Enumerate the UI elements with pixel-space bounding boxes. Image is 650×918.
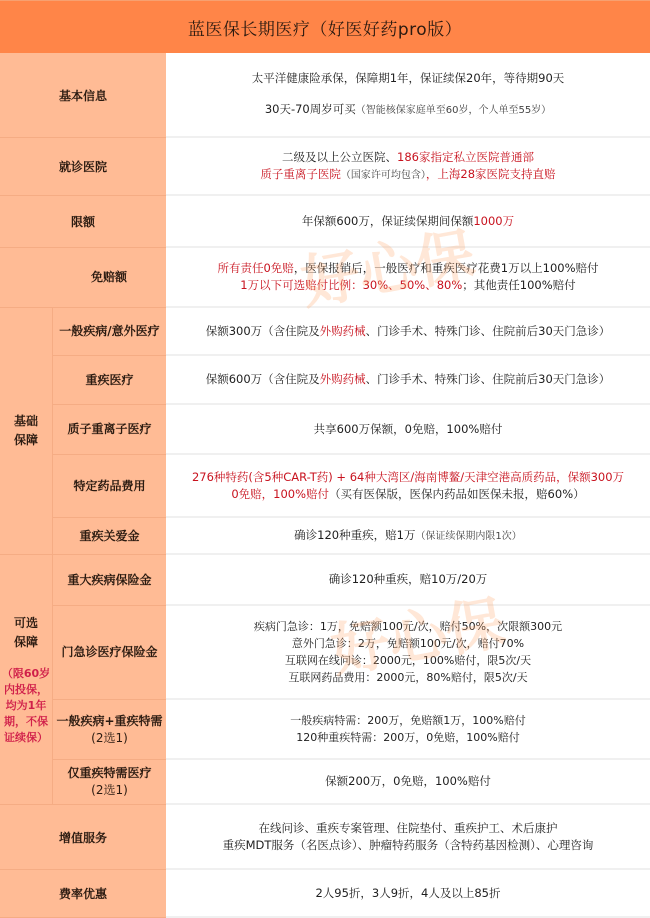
total-limit: 1000万 (473, 214, 514, 228)
content-deductible: 所有责任0免赔，医保报销后，一般医疗和重疾医疗花费1万以上100%赔付 1万以下… (166, 248, 650, 308)
proton-hospitals: 质子重离子医院 (260, 167, 341, 181)
deductible-detail: ，医保报销后，一般医疗和重疾医疗花费1万以上100%赔付 (294, 261, 599, 275)
content-value-added: 在线问诊、重疾专案管理、住院垫付、重疾护工、术后康护 重疾MDT服务（名医点诊）… (166, 805, 650, 870)
content-discount: 2人95折，3人9折，4人及以上85折 (166, 870, 650, 918)
age-range: 30天-70周岁可买 (265, 102, 356, 116)
public-hospitals: 二级及以上公立医院、 (282, 150, 397, 164)
label-basic-info: 基本信息 (0, 53, 166, 138)
content-care-fund: 确诊120种重疾，赔1万（保证续保期内限1次） (166, 518, 650, 555)
label-discount: 费率优惠 (0, 870, 166, 918)
group-optional: 可选 保障 （限60岁 内投保， 均为1年 期，不保 证续保） (0, 555, 52, 805)
label-deductible: 免赔额 (52, 248, 166, 308)
optional-note: （限60岁 内投保， 均为1年 期，不保 证续保） (2, 666, 50, 746)
content-critical-benefit: 确诊120种重疾，赔10万/20万 (166, 555, 650, 606)
content-special-care: 一般疾病特需：200万，免赔额1万，100%赔付 120种重疾特需：200万，0… (166, 700, 650, 760)
label-special-care: 一般疾病+重疾特需 (2选1) (52, 700, 166, 760)
page-header: 蓝医保长期医疗（好医好药pro版） (0, 0, 650, 53)
license-note: （国家许可均包含） (341, 170, 426, 181)
content-proton: 共享600万保额，0免赔，100%赔付 (166, 405, 650, 455)
label-hospitals: 就诊医院 (0, 138, 166, 196)
content-limit: 年保额600万，保证续保期间保额1000万 (166, 196, 650, 248)
label-special-drugs: 特定药品费用 (52, 455, 166, 518)
content-basic-info: 太平洋健康险承保，保障期1年，保证续保20年，等待期90天 30天-70周岁可买… (166, 53, 650, 138)
special-drug-list: 276种特药(含5种CAR-T药) + 64种大湾区/海南博鳌/天津空港高质药品… (192, 469, 624, 486)
basic-info-line1: 太平洋健康险承保，保障期1年，保证续保20年，等待期90天 (252, 70, 565, 87)
label-limit: 限额 (0, 196, 166, 248)
other-payout: ；其他责任100%赔付 (462, 278, 575, 292)
content-hospitals: 二级及以上公立医院、186家指定私立医院普通部 质子重离子医院（国家许可均包含）… (166, 138, 650, 196)
external-drugs: 外购药械 (320, 324, 366, 338)
label-general-medical: 一般疾病/意外医疗 (52, 308, 166, 356)
page-title: 蓝医保长期医疗（好医好药pro版） (188, 15, 462, 40)
payout-ratio-options: 1万以下可选赔付比例：30%、50%、80% (240, 278, 462, 292)
label-critical-special-only: 仅重疾特需医疗 (2选1) (52, 760, 166, 805)
deductible-spacer (0, 248, 52, 308)
label-critical-medical: 重疾医疗 (52, 356, 166, 405)
label-value-added: 增值服务 (0, 805, 166, 870)
label-care-fund: 重疾关爱金 (52, 518, 166, 555)
label-outpatient: 门急诊医疗保险金 (52, 606, 166, 700)
label-critical-benefit: 重大疾病保险金 (52, 555, 166, 606)
private-hospitals: 186家指定私立医院普通部 (397, 150, 534, 164)
content-critical-special-only: 保额200万，0免赔，100%赔付 (166, 760, 650, 805)
zero-deductible: 所有责任0免赔 (217, 261, 293, 275)
group-basic: 基础 保障 (0, 308, 52, 555)
content-general-medical: 保额300万（含住院及外购药械、门诊手术、特殊门诊、住院前后30天门急诊） (166, 308, 650, 356)
age-note: （智能核保家庭单至60岁，个人单至55岁） (356, 105, 551, 116)
external-drugs: 外购药械 (320, 372, 366, 386)
label-proton: 质子重离子医疗 (52, 405, 166, 455)
content-critical-medical: 保额600万（含住院及外购药械、门诊手术、特殊门诊、住院前后30天门急诊） (166, 356, 650, 405)
direct-pay-note: ，上海28家医院支持直赔 (426, 167, 556, 181)
annual-limit: 年保额600万，保证续保期间保额 (302, 214, 473, 228)
content-outpatient: 疾病门急诊：1万，免赔额100元/次，赔付50%，次限额300元 意外门急诊：2… (166, 606, 650, 700)
content-special-drugs: 276种特药(含5种CAR-T药) + 64种大湾区/海南博鳌/天津空港高质药品… (166, 455, 650, 518)
